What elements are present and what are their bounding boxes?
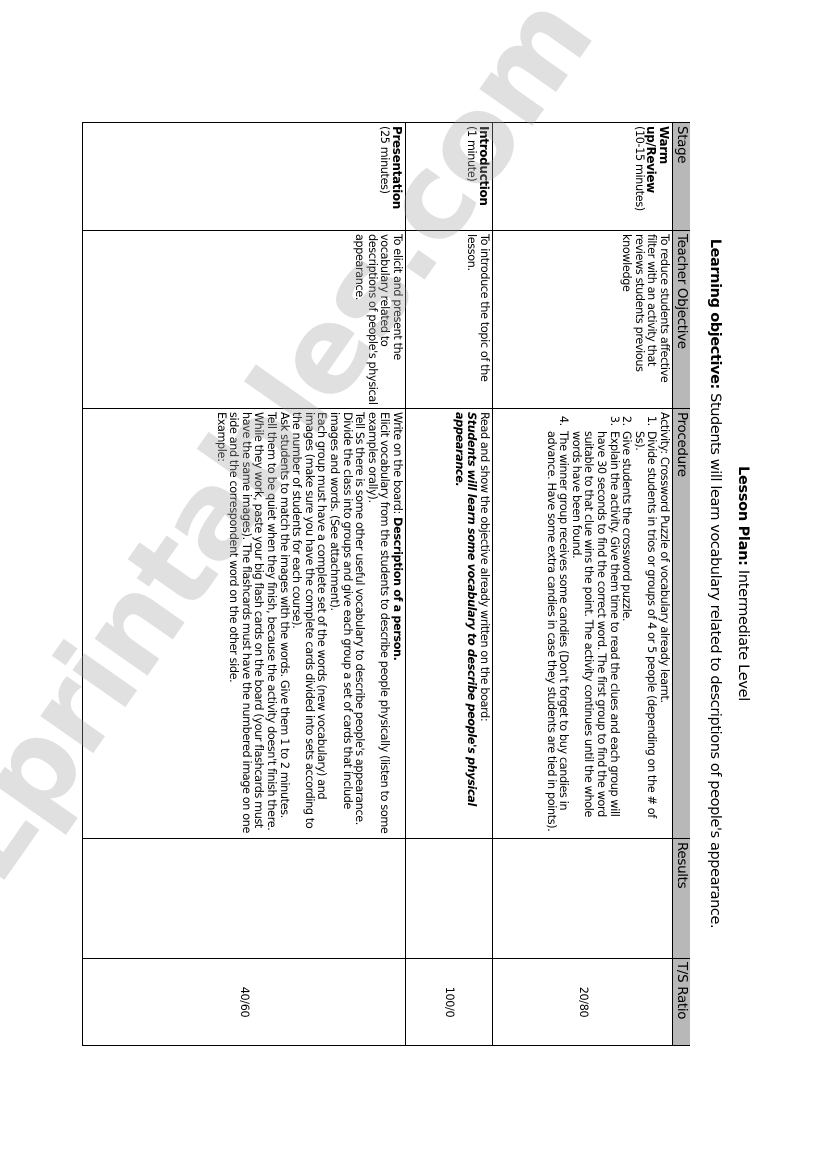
- stage-cell: Warm up/Review (10-15 minutes): [493, 123, 673, 231]
- title-value: Intermediate Level: [735, 566, 751, 701]
- ts-ratio-cell: 20/80: [493, 959, 673, 1046]
- stage-name: Warm up/Review: [645, 126, 670, 227]
- lesson-plan-page: Lesson Plan: Intermediate Level Learning…: [85, 122, 765, 1045]
- table-row: Introduction (1 minute) To introduce the…: [406, 123, 493, 1046]
- page-title: Lesson Plan: Intermediate Level: [735, 122, 751, 1045]
- title-label: Lesson Plan:: [735, 466, 751, 566]
- results-cell: [83, 839, 406, 959]
- ts-ratio-value: 40/60: [238, 987, 251, 1018]
- procedure-line: Divide the class into groups and give ea…: [327, 412, 352, 835]
- procedure-line: Tell Ss there is some other useful vocab…: [353, 412, 366, 835]
- procedure-intro: Read and show the objective already writ…: [477, 412, 490, 835]
- procedure-line: Example:: [214, 412, 227, 835]
- objective-value: Students will learn vocabulary related t…: [707, 389, 723, 928]
- procedure-step: Divide students in trios or groups of 4 …: [632, 429, 657, 835]
- procedure-intro: Activity: Crossword Puzzle of vocabulary…: [657, 412, 670, 835]
- teacher-objective-cell: To reduce students affective filter with…: [493, 231, 673, 409]
- procedure-line: Elicit vocabulary from the students to d…: [365, 412, 390, 835]
- lesson-plan-table: Stage Teacher Objective Procedure Result…: [82, 122, 690, 1046]
- table-row: Warm up/Review (10-15 minutes) To reduce…: [493, 123, 673, 1046]
- board-instruction: Write on the board: Description of a per…: [390, 412, 403, 835]
- procedure-line: Each group must have a complete set of t…: [290, 412, 328, 835]
- teacher-objective-cell: To elicit and present the vocabulary rel…: [83, 231, 406, 409]
- stage-time: (25 minutes): [378, 126, 391, 227]
- procedure-cell: Activity: Crossword Puzzle of vocabulary…: [493, 409, 673, 839]
- stage-cell: Presentation (25 minutes): [83, 123, 406, 231]
- table-row: Presentation (25 minutes) To elicit and …: [83, 123, 406, 1046]
- stage-cell: Introduction (1 minute): [406, 123, 493, 231]
- procedure-cell: Read and show the objective already writ…: [406, 409, 493, 839]
- header-stage: Stage: [673, 123, 691, 231]
- document-header: Lesson Plan: Intermediate Level Learning…: [690, 122, 765, 1045]
- teacher-objective-cell: To introduce the topic of the lesson.: [406, 231, 493, 409]
- procedure-step: Explain the activity. Give them time to …: [569, 429, 619, 835]
- stage-time: (1 minute): [465, 126, 478, 227]
- header-ts-ratio: T/S Ratio: [673, 959, 691, 1046]
- stage-time: (10-15 minutes): [632, 126, 645, 227]
- stage-name: Introduction: [477, 126, 490, 227]
- stage-name: Presentation: [390, 126, 403, 227]
- objective-label: Learning objective:: [707, 239, 723, 389]
- board-text: Description of a person.: [391, 517, 404, 660]
- procedure-step: Give students the crossword puzzle.: [620, 429, 633, 835]
- header-procedure: Procedure: [673, 409, 691, 839]
- learning-objective: Learning objective: Students will learn …: [707, 122, 723, 1045]
- ts-ratio-cell: 40/60: [83, 959, 406, 1046]
- ts-ratio-value: 100/0: [443, 987, 456, 1018]
- board-objective: Students will learn some vocabulary to d…: [452, 412, 477, 835]
- header-results: Results: [673, 839, 691, 959]
- procedure-cell: Write on the board: Description of a per…: [83, 409, 406, 839]
- procedure-steps: Divide students in trios or groups of 4 …: [544, 412, 657, 835]
- header-teacher-objective: Teacher Objective: [673, 231, 691, 409]
- ts-ratio-cell: 100/0: [406, 959, 493, 1046]
- table-header-row: Stage Teacher Objective Procedure Result…: [673, 123, 691, 1046]
- results-cell: [493, 839, 673, 959]
- procedure-step: The winner group receives some candies (…: [544, 429, 569, 835]
- results-cell: [406, 839, 493, 959]
- board-prefix: Write on the board:: [391, 412, 404, 517]
- procedure-line: Ask students to match the images with th…: [264, 412, 289, 835]
- procedure-line: While they work, paste your big flash ca…: [227, 412, 265, 835]
- ts-ratio-value: 20/80: [576, 987, 589, 1018]
